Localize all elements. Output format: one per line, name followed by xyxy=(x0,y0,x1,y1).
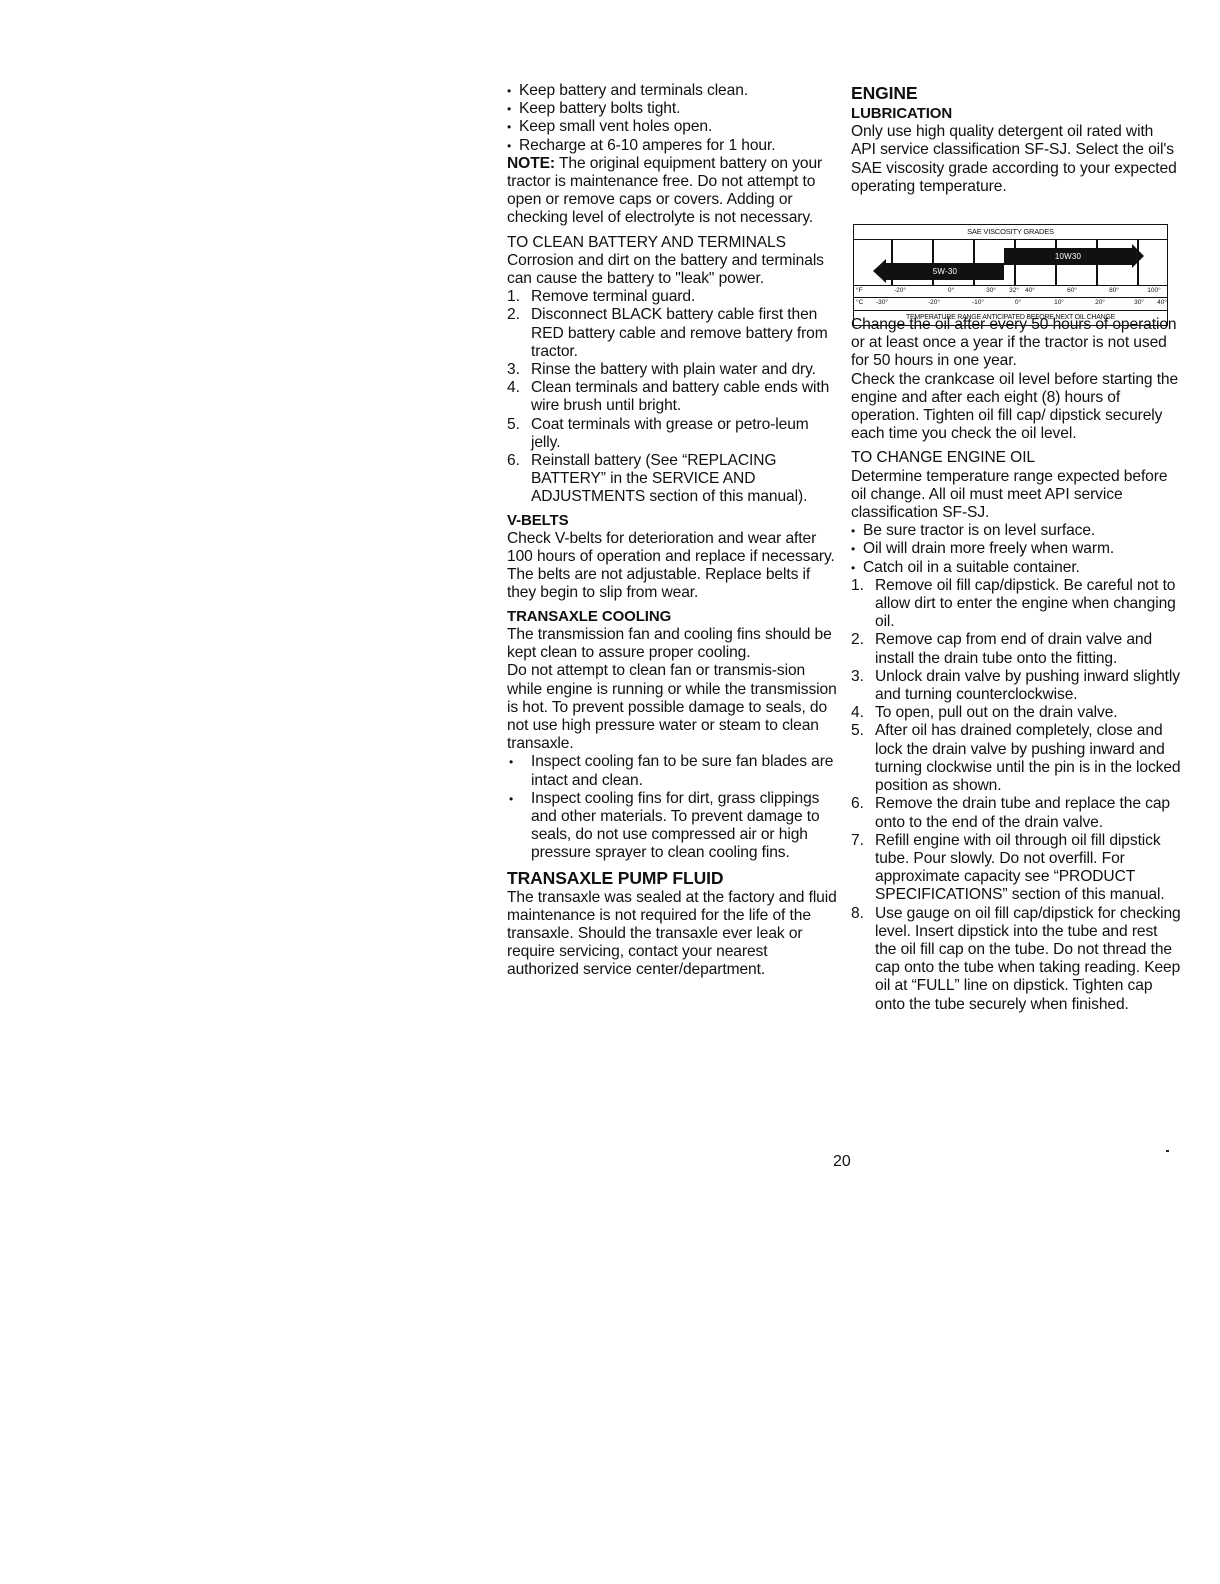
lubrication-text: Only use high quality detergent oil rate… xyxy=(851,123,1181,196)
step-text: Reinstall battery (See “REPLACING BATTER… xyxy=(531,452,807,505)
step-number: 3. xyxy=(851,668,864,686)
change-oil-step: 8.Use gauge on oil fill cap/dipstick for… xyxy=(851,905,1181,1014)
step-number: 2. xyxy=(507,306,520,324)
c-tick: 20° xyxy=(1095,299,1105,306)
battery-note: NOTE: The original equipment battery on … xyxy=(507,155,837,228)
f-tick: 30° xyxy=(986,287,996,294)
c-tick: -30° xyxy=(876,299,888,306)
f-tick: 80° xyxy=(1109,287,1119,294)
clean-battery-intro: Corrosion and dirt on the battery and te… xyxy=(507,252,837,288)
grade-label: 10W30 xyxy=(1055,252,1081,261)
change-oil-step: 1.Remove oil fill cap/dipstick. Be caref… xyxy=(851,577,1181,632)
step-number: 8. xyxy=(851,905,864,923)
step-text: Coat terminals with grease or petro-leum… xyxy=(531,416,809,451)
note-text: The original equipment battery on your t… xyxy=(507,155,822,227)
change-oil-intro: Determine temperature range expected bef… xyxy=(851,468,1181,523)
step-number: 3. xyxy=(507,361,520,379)
crankcase-check: Check the crankcase oil level before sta… xyxy=(851,371,1181,444)
celsius-unit: °C xyxy=(856,299,863,306)
cooling-bullet: Inspect cooling fan to be sure fan blade… xyxy=(507,753,837,789)
chart-plot-area: 10W30 5W-30 xyxy=(854,240,1167,286)
fahrenheit-scale: °F -20° 0° 30° 32° 40° 60° 80° 100° xyxy=(854,286,1167,298)
step-number: 5. xyxy=(507,416,520,434)
engine-heading: ENGINE xyxy=(851,82,1181,104)
v-belts-heading: V-BELTS xyxy=(507,512,837,530)
step-text: Use gauge on oil fill cap/dipstick for c… xyxy=(875,905,1181,1013)
f-tick: 40° xyxy=(1025,287,1035,294)
change-oil-heading: TO CHANGE ENGINE OIL xyxy=(851,449,1181,467)
battery-bullet: Keep battery and terminals clean. xyxy=(507,82,837,100)
step-number: 7. xyxy=(851,832,864,850)
clean-battery-heading: TO CLEAN BATTERY AND TERMINALS xyxy=(507,234,837,252)
cooling-bullet: Inspect cooling fins for dirt, grass cli… xyxy=(507,790,837,863)
step-number: 4. xyxy=(507,379,520,397)
c-tick: -20° xyxy=(928,299,940,306)
step-number: 1. xyxy=(851,577,864,595)
clean-step: 1.Remove terminal guard. xyxy=(507,288,837,306)
arrow-right-icon xyxy=(1132,244,1144,268)
step-text: To open, pull out on the drain valve. xyxy=(875,704,1118,721)
f-tick: 60° xyxy=(1067,287,1077,294)
step-number: 5. xyxy=(851,722,864,740)
clean-step: 2.Disconnect BLACK battery cable first t… xyxy=(507,306,837,361)
battery-bullet: Recharge at 6-10 amperes for 1 hour. xyxy=(507,137,837,155)
step-text: Remove cap from end of drain valve and i… xyxy=(875,631,1152,666)
transaxle-pump-fluid-heading: TRANSAXLE PUMP FLUID xyxy=(507,867,837,889)
step-text: Clean terminals and battery cable ends w… xyxy=(531,379,829,414)
transaxle-cooling-heading: TRANSAXLE COOLING xyxy=(507,608,837,626)
step-number: 6. xyxy=(507,452,520,470)
step-number: 6. xyxy=(851,795,864,813)
page-number: 20 xyxy=(833,1153,851,1171)
f-tick: 0° xyxy=(948,287,954,294)
change-oil-step: 2.Remove cap from end of drain valve and… xyxy=(851,631,1181,667)
grade-label: 5W-30 xyxy=(933,267,957,276)
celsius-scale: °C -30° -20° -10° 0° 10° 20° 30° 40° xyxy=(854,298,1167,311)
step-number: 4. xyxy=(851,704,864,722)
step-text: Remove oil fill cap/dipstick. Be careful… xyxy=(875,577,1176,630)
stray-mark xyxy=(1166,1150,1169,1152)
step-text: Unlock drain valve by pushing inward sli… xyxy=(875,668,1180,703)
step-text: Rinse the battery with plain water and d… xyxy=(531,361,816,378)
c-tick: 40° xyxy=(1157,299,1167,306)
change-oil-step: 6.Remove the drain tube and replace the … xyxy=(851,795,1181,831)
grade-arrow-5w30: 5W-30 xyxy=(886,263,1004,280)
chart-title: SAE VISCOSITY GRADES xyxy=(854,225,1167,240)
c-tick: -10° xyxy=(972,299,984,306)
clean-step: 4.Clean terminals and battery cable ends… xyxy=(507,379,837,415)
transaxle-cooling-para: Do not attempt to clean fan or transmis-… xyxy=(507,662,837,753)
clean-step: 6.Reinstall battery (See “REPLACING BATT… xyxy=(507,452,837,507)
change-oil-step: 3.Unlock drain valve by pushing inward s… xyxy=(851,668,1181,704)
step-number: 2. xyxy=(851,631,864,649)
change-oil-step: 5.After oil has drained completely, clos… xyxy=(851,722,1181,795)
change-oil-step: 4.To open, pull out on the drain valve. xyxy=(851,704,1181,722)
left-column: Keep battery and terminals clean. Keep b… xyxy=(507,82,837,980)
f-tick: 32° xyxy=(1009,287,1019,294)
step-text: Remove terminal guard. xyxy=(531,288,695,305)
change-oil-bullet: Oil will drain more freely when warm. xyxy=(851,540,1181,558)
lubrication-heading: LUBRICATION xyxy=(851,105,1181,123)
note-label: NOTE: xyxy=(507,155,555,172)
right-column: ENGINE LUBRICATION Only use high quality… xyxy=(851,82,1181,1014)
change-oil-step: 7.Refill engine with oil through oil fil… xyxy=(851,832,1181,905)
clean-step: 3.Rinse the battery with plain water and… xyxy=(507,361,837,379)
transaxle-pump-fluid-text: The transaxle was sealed at the factory … xyxy=(507,889,837,980)
f-tick: -20° xyxy=(894,287,906,294)
step-text: Refill engine with oil through oil fill … xyxy=(875,832,1165,904)
step-number: 1. xyxy=(507,288,520,306)
fahrenheit-unit: °F xyxy=(856,287,863,294)
change-oil-bullet: Catch oil in a suitable container. xyxy=(851,559,1181,577)
c-tick: 0° xyxy=(1015,299,1021,306)
battery-bullet: Keep small vent holes open. xyxy=(507,118,837,136)
change-oil-bullet: Be sure tractor is on level surface. xyxy=(851,522,1181,540)
step-text: After oil has drained completely, close … xyxy=(875,722,1181,794)
step-text: Remove the drain tube and replace the ca… xyxy=(875,795,1170,830)
sae-viscosity-chart: SAE VISCOSITY GRADES 10W30 5W-30 °F -20°… xyxy=(853,224,1168,326)
chart-footer: TEMPERATURE RANGE ANTICIPATED BEFORE NEX… xyxy=(854,311,1167,325)
grade-arrow-10w30: 10W30 xyxy=(1004,248,1132,265)
v-belts-text: Check V-belts for deterioration and wear… xyxy=(507,530,837,603)
battery-bullet: Keep battery bolts tight. xyxy=(507,100,837,118)
c-tick: 30° xyxy=(1134,299,1144,306)
f-tick: 100° xyxy=(1147,287,1160,294)
transaxle-cooling-para: The transmission fan and cooling fins sh… xyxy=(507,626,837,662)
clean-step: 5.Coat terminals with grease or petro-le… xyxy=(507,416,837,452)
step-text: Disconnect BLACK battery cable first the… xyxy=(531,306,828,359)
c-tick: 10° xyxy=(1054,299,1064,306)
arrow-left-icon xyxy=(873,259,886,283)
